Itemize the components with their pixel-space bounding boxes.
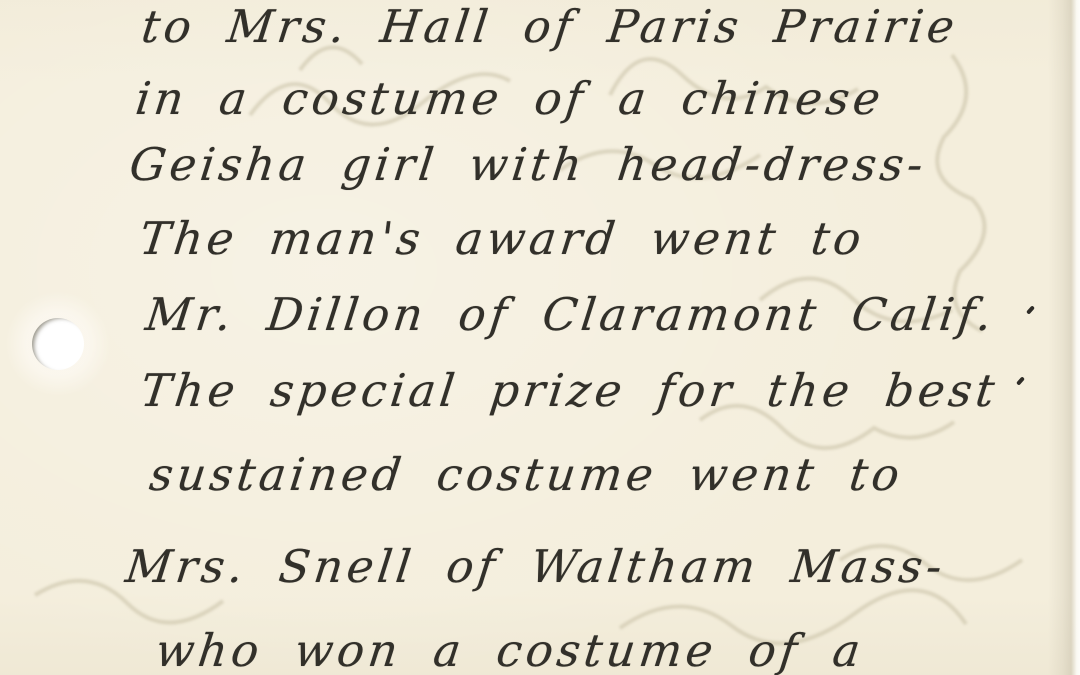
hole-punch (32, 318, 84, 370)
scanned-document-page: to Mrs. Hall of Paris Prairie in a costu… (0, 0, 1080, 675)
handwritten-line-3: Geisha girl with head-dress- (127, 138, 930, 191)
handwritten-line-1: to Mrs. Hall of Paris Prairie (139, 0, 961, 53)
handwritten-line-4: The man's award went to (137, 212, 868, 265)
handwritten-line-9: who won a costume of a (153, 624, 867, 675)
handwritten-line-6: The special prize for the best (138, 364, 1002, 417)
page-right-edge (1048, 0, 1080, 675)
handwritten-line-8: Mrs. Snell of Waltham Mass- (123, 540, 949, 593)
handwritten-line-7: sustained costume went to (147, 448, 906, 501)
handwritten-line-5: Mr. Dillon of Claramont Calif. (143, 288, 999, 341)
handwritten-line-2: in a costume of a chinese (133, 72, 887, 125)
